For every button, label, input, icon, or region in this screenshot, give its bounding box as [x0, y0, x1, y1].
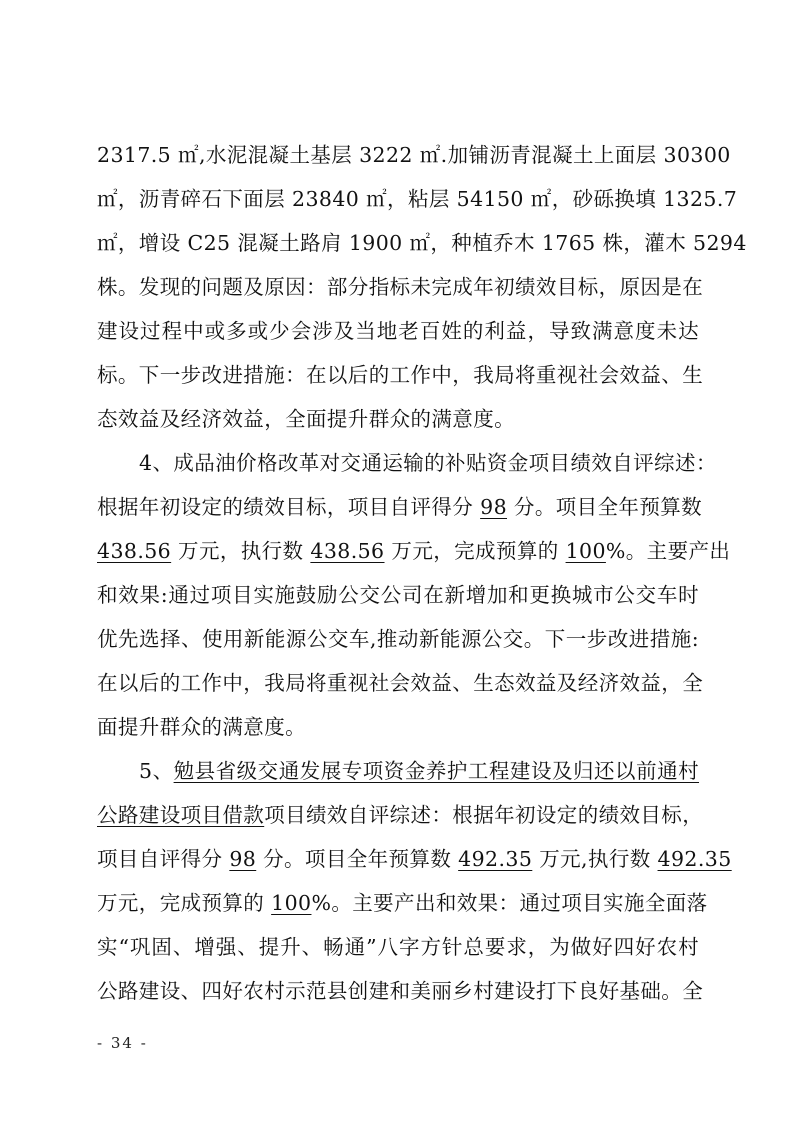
text-segment: 分。项目全年预算数	[507, 495, 702, 519]
text-segment: 万元,执行数	[532, 847, 657, 871]
text-segment: 4、成品油价格改革对交通运输的补贴资金项目绩效自评综述：	[139, 451, 717, 475]
underlined-text: 100	[271, 891, 311, 915]
text-segment: 株。发现的问题及原因：部分指标未完成年初绩效目标，原因是在	[97, 275, 703, 299]
text-segment: 建设过程中或多或少会涉及当地老百姓的利益，导致满意度未达	[97, 319, 699, 343]
text-line: 公路建设、四好农村示范县创建和美丽乡村建设打下良好基础。全	[97, 972, 699, 1016]
text-line: 实“巩固、增强、提升、畅通”八字方针总要求，为做好四好农村	[97, 928, 699, 972]
text-segment: 项目绩效自评综述：根据年初设定的绩效目标，	[264, 803, 703, 827]
text-line: ㎡，增设 C25 混凝土路肩 1900 ㎡，种植乔木 1765 株，灌木 529…	[97, 224, 699, 268]
text-line: 5、勉县省级交通发展专项资金养护工程建设及归还以前通村	[97, 752, 699, 796]
underlined-text: 98	[480, 495, 507, 519]
underlined-text: 100	[566, 539, 606, 563]
text-segment: 万元，完成预算的	[385, 539, 566, 563]
text-line: 株。发现的问题及原因：部分指标未完成年初绩效目标，原因是在	[97, 268, 699, 312]
text-line: 438.56 万元，执行数 438.56 万元，完成预算的 100%。主要产出	[97, 532, 699, 576]
text-line: 和效果:通过项目实施鼓励公交公司在新增加和更换城市公交车时	[97, 576, 699, 620]
text-segment: ㎡，增设 C25 混凝土路肩 1900 ㎡，种植乔木 1765 株，灌木 529…	[97, 231, 747, 255]
text-line: 2317.5 ㎡,水泥混凝土基层 3222 ㎡.加铺沥青混凝土上面层 30300	[97, 136, 699, 180]
text-segment: 万元，完成预算的	[97, 891, 271, 915]
underlined-text: 492.35	[658, 847, 732, 871]
text-line: 优先选择、使用新能源公交车,推动新能源公交。下一步改进措施:	[97, 620, 699, 664]
text-segment: 5、	[139, 759, 174, 783]
text-segment: %。主要产出	[606, 539, 730, 563]
text-segment: ㎡，沥青碎石下面层 23840 ㎡，粘层 54150 ㎡，砂砾换填 1325.7	[97, 187, 737, 211]
text-line: 建设过程中或多或少会涉及当地老百姓的利益，导致满意度未达	[97, 312, 699, 356]
text-line: 4、成品油价格改革对交通运输的补贴资金项目绩效自评综述：	[97, 444, 699, 488]
underlined-text: 公路建设项目借款	[97, 803, 264, 827]
text-segment: 在以后的工作中，我局将重视社会效益、生态效益及经济效益，全	[97, 671, 703, 695]
text-segment: 面提升群众的满意度。	[97, 715, 306, 739]
document-page: 2317.5 ㎡,水泥混凝土基层 3222 ㎡.加铺沥青混凝土上面层 30300…	[0, 0, 793, 1122]
underlined-text: 438.56	[97, 539, 171, 563]
underlined-text: 438.56	[310, 539, 384, 563]
text-line: 态效益及经济效益，全面提升群众的满意度。	[97, 400, 699, 444]
text-segment: 根据年初设定的绩效目标，项目自评得分	[97, 495, 480, 519]
text-line: 项目自评得分 98 分。项目全年预算数 492.35 万元,执行数 492.35	[97, 840, 699, 884]
text-line: 面提升群众的满意度。	[97, 708, 699, 752]
text-segment: 和效果:通过项目实施鼓励公交公司在新增加和更换城市公交车时	[97, 583, 699, 607]
underlined-text: 勉县省级交通发展专项资金养护工程建设及归还以前通村	[174, 759, 699, 783]
text-segment: 实“巩固、增强、提升、畅通”八字方针总要求，为做好四好农村	[97, 935, 699, 959]
text-line: ㎡，沥青碎石下面层 23840 ㎡，粘层 54150 ㎡，砂砾换填 1325.7	[97, 180, 699, 224]
text-segment: 分。项目全年预算数	[256, 847, 458, 871]
text-segment: 万元，执行数	[171, 539, 310, 563]
text-segment: 标。下一步改进措施：在以后的工作中，我局将重视社会效益、生	[97, 363, 703, 387]
text-line: 标。下一步改进措施：在以后的工作中，我局将重视社会效益、生	[97, 356, 699, 400]
text-segment: 态效益及经济效益，全面提升群众的满意度。	[97, 407, 515, 431]
text-segment: 公路建设、四好农村示范县创建和美丽乡村建设打下良好基础。全	[97, 979, 703, 1003]
text-line: 根据年初设定的绩效目标，项目自评得分 98 分。项目全年预算数	[97, 488, 699, 532]
text-segment: 项目自评得分	[97, 847, 229, 871]
underlined-text: 98	[229, 847, 256, 871]
underlined-text: 492.35	[458, 847, 532, 871]
text-line: 公路建设项目借款项目绩效自评综述：根据年初设定的绩效目标，	[97, 796, 699, 840]
page-number: - 34 -	[97, 1034, 148, 1052]
text-line: 万元，完成预算的 100%。主要产出和效果：通过项目实施全面落	[97, 884, 699, 928]
body-text: 2317.5 ㎡,水泥混凝土基层 3222 ㎡.加铺沥青混凝土上面层 30300…	[97, 136, 699, 1016]
text-segment: 2317.5 ㎡,水泥混凝土基层 3222 ㎡.加铺沥青混凝土上面层 30300	[97, 143, 731, 167]
text-line: 在以后的工作中，我局将重视社会效益、生态效益及经济效益，全	[97, 664, 699, 708]
text-segment: 优先选择、使用新能源公交车,推动新能源公交。下一步改进措施:	[97, 627, 699, 651]
text-segment: %。主要产出和效果：通过项目实施全面落	[311, 891, 707, 915]
